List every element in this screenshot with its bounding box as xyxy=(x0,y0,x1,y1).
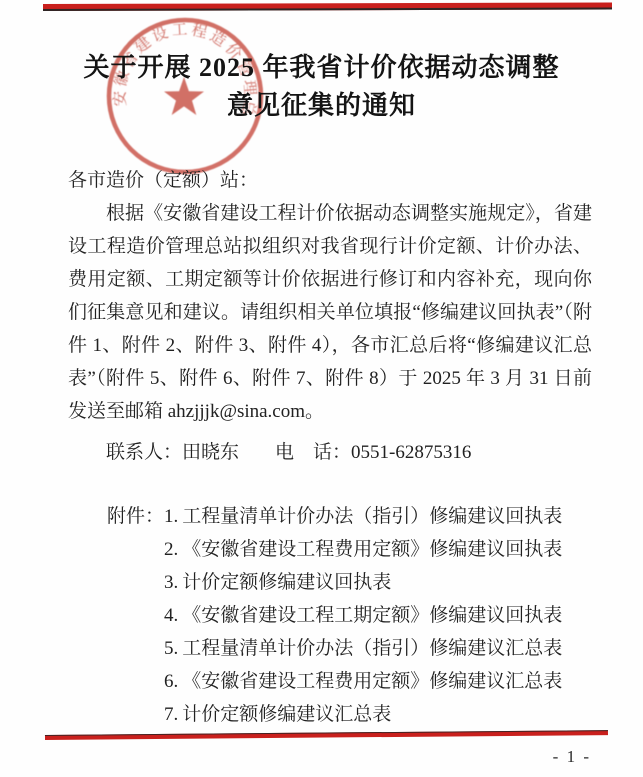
attachment-number: 7. xyxy=(164,698,178,731)
contact-name: 田晓东 xyxy=(182,442,239,463)
attachment-number: 2. xyxy=(164,533,178,566)
attachments-section: 附件： 1.工程量清单计价办法（指引）修编建议回执表2.《安徽省建设工程费用定额… xyxy=(107,500,600,731)
page-number: - 1 - xyxy=(553,747,591,767)
attachments-list: 1.工程量清单计价办法（指引）修编建议回执表2.《安徽省建设工程费用定额》修编建… xyxy=(164,500,600,731)
bottom-rule xyxy=(45,730,608,740)
attachment-text: 工程量清单计价办法（指引）修编建议回执表 xyxy=(182,500,562,533)
title-line-2: 意见征集的通知 xyxy=(30,87,613,125)
attachment-number: 5. xyxy=(164,632,178,665)
attachment-item: 6.《安徽省建设工程费用定额》修编建议汇总表 xyxy=(164,665,600,698)
attachment-text: 《安徽省建设工程费用定额》修编建议回执表 xyxy=(182,533,562,566)
document-title: 关于开展 2025 年我省计价依据动态调整 意见征集的通知 xyxy=(30,49,613,125)
phone-group: 电 话：0551-62875316 xyxy=(275,442,471,463)
attachment-item: 5.工程量清单计价办法（指引）修编建议汇总表 xyxy=(164,632,600,665)
attachment-item: 2.《安徽省建设工程费用定额》修编建议回执表 xyxy=(164,533,600,566)
contact-label: 联系人： xyxy=(106,442,182,463)
attachment-item: 4.《安徽省建设工程工期定额》修编建议回执表 xyxy=(164,599,600,632)
attachment-text: 工程量清单计价办法（指引）修编建议汇总表 xyxy=(182,632,562,665)
attachment-text: 计价定额修编建议汇总表 xyxy=(182,698,391,731)
attachment-item: 7.计价定额修编建议汇总表 xyxy=(164,698,600,731)
phone-label: 电 话： xyxy=(275,442,351,463)
top-rule xyxy=(43,3,612,11)
salutation: 各市造价（定额）站： xyxy=(68,164,600,197)
attachment-number: 6. xyxy=(164,665,178,698)
document-body: 各市造价（定额）站： 根据《安徽省建设工程计价依据动态调整实施规定》，省建设工程… xyxy=(68,164,600,731)
title-line-1: 关于开展 2025 年我省计价依据动态调整 xyxy=(30,49,613,87)
contact-line: 联系人：田晓东电 话：0551-62875316 xyxy=(68,436,600,469)
document-page: 安徽省建设工程造价管理总站 关于开展 2025 年我省计价依据动态调整 意见征集… xyxy=(0,0,643,777)
attachment-text: 《安徽省建设工程费用定额》修编建议汇总表 xyxy=(182,665,562,698)
attachments-label: 附件： xyxy=(107,500,164,533)
attachment-item: 3.计价定额修编建议回执表 xyxy=(164,566,600,599)
attachment-number: 1. xyxy=(164,500,178,533)
attachment-text: 《安徽省建设工程工期定额》修编建议回执表 xyxy=(182,599,562,632)
attachment-text: 计价定额修编建议回执表 xyxy=(182,566,391,599)
attachment-item: 1.工程量清单计价办法（指引）修编建议回执表 xyxy=(164,500,600,533)
attachment-number: 4. xyxy=(164,599,178,632)
body-paragraph: 根据《安徽省建设工程计价依据动态调整实施规定》，省建设工程造价管理总站拟组织对我… xyxy=(68,197,592,428)
phone-number: 0551-62875316 xyxy=(351,442,471,463)
attachment-number: 3. xyxy=(164,566,178,599)
